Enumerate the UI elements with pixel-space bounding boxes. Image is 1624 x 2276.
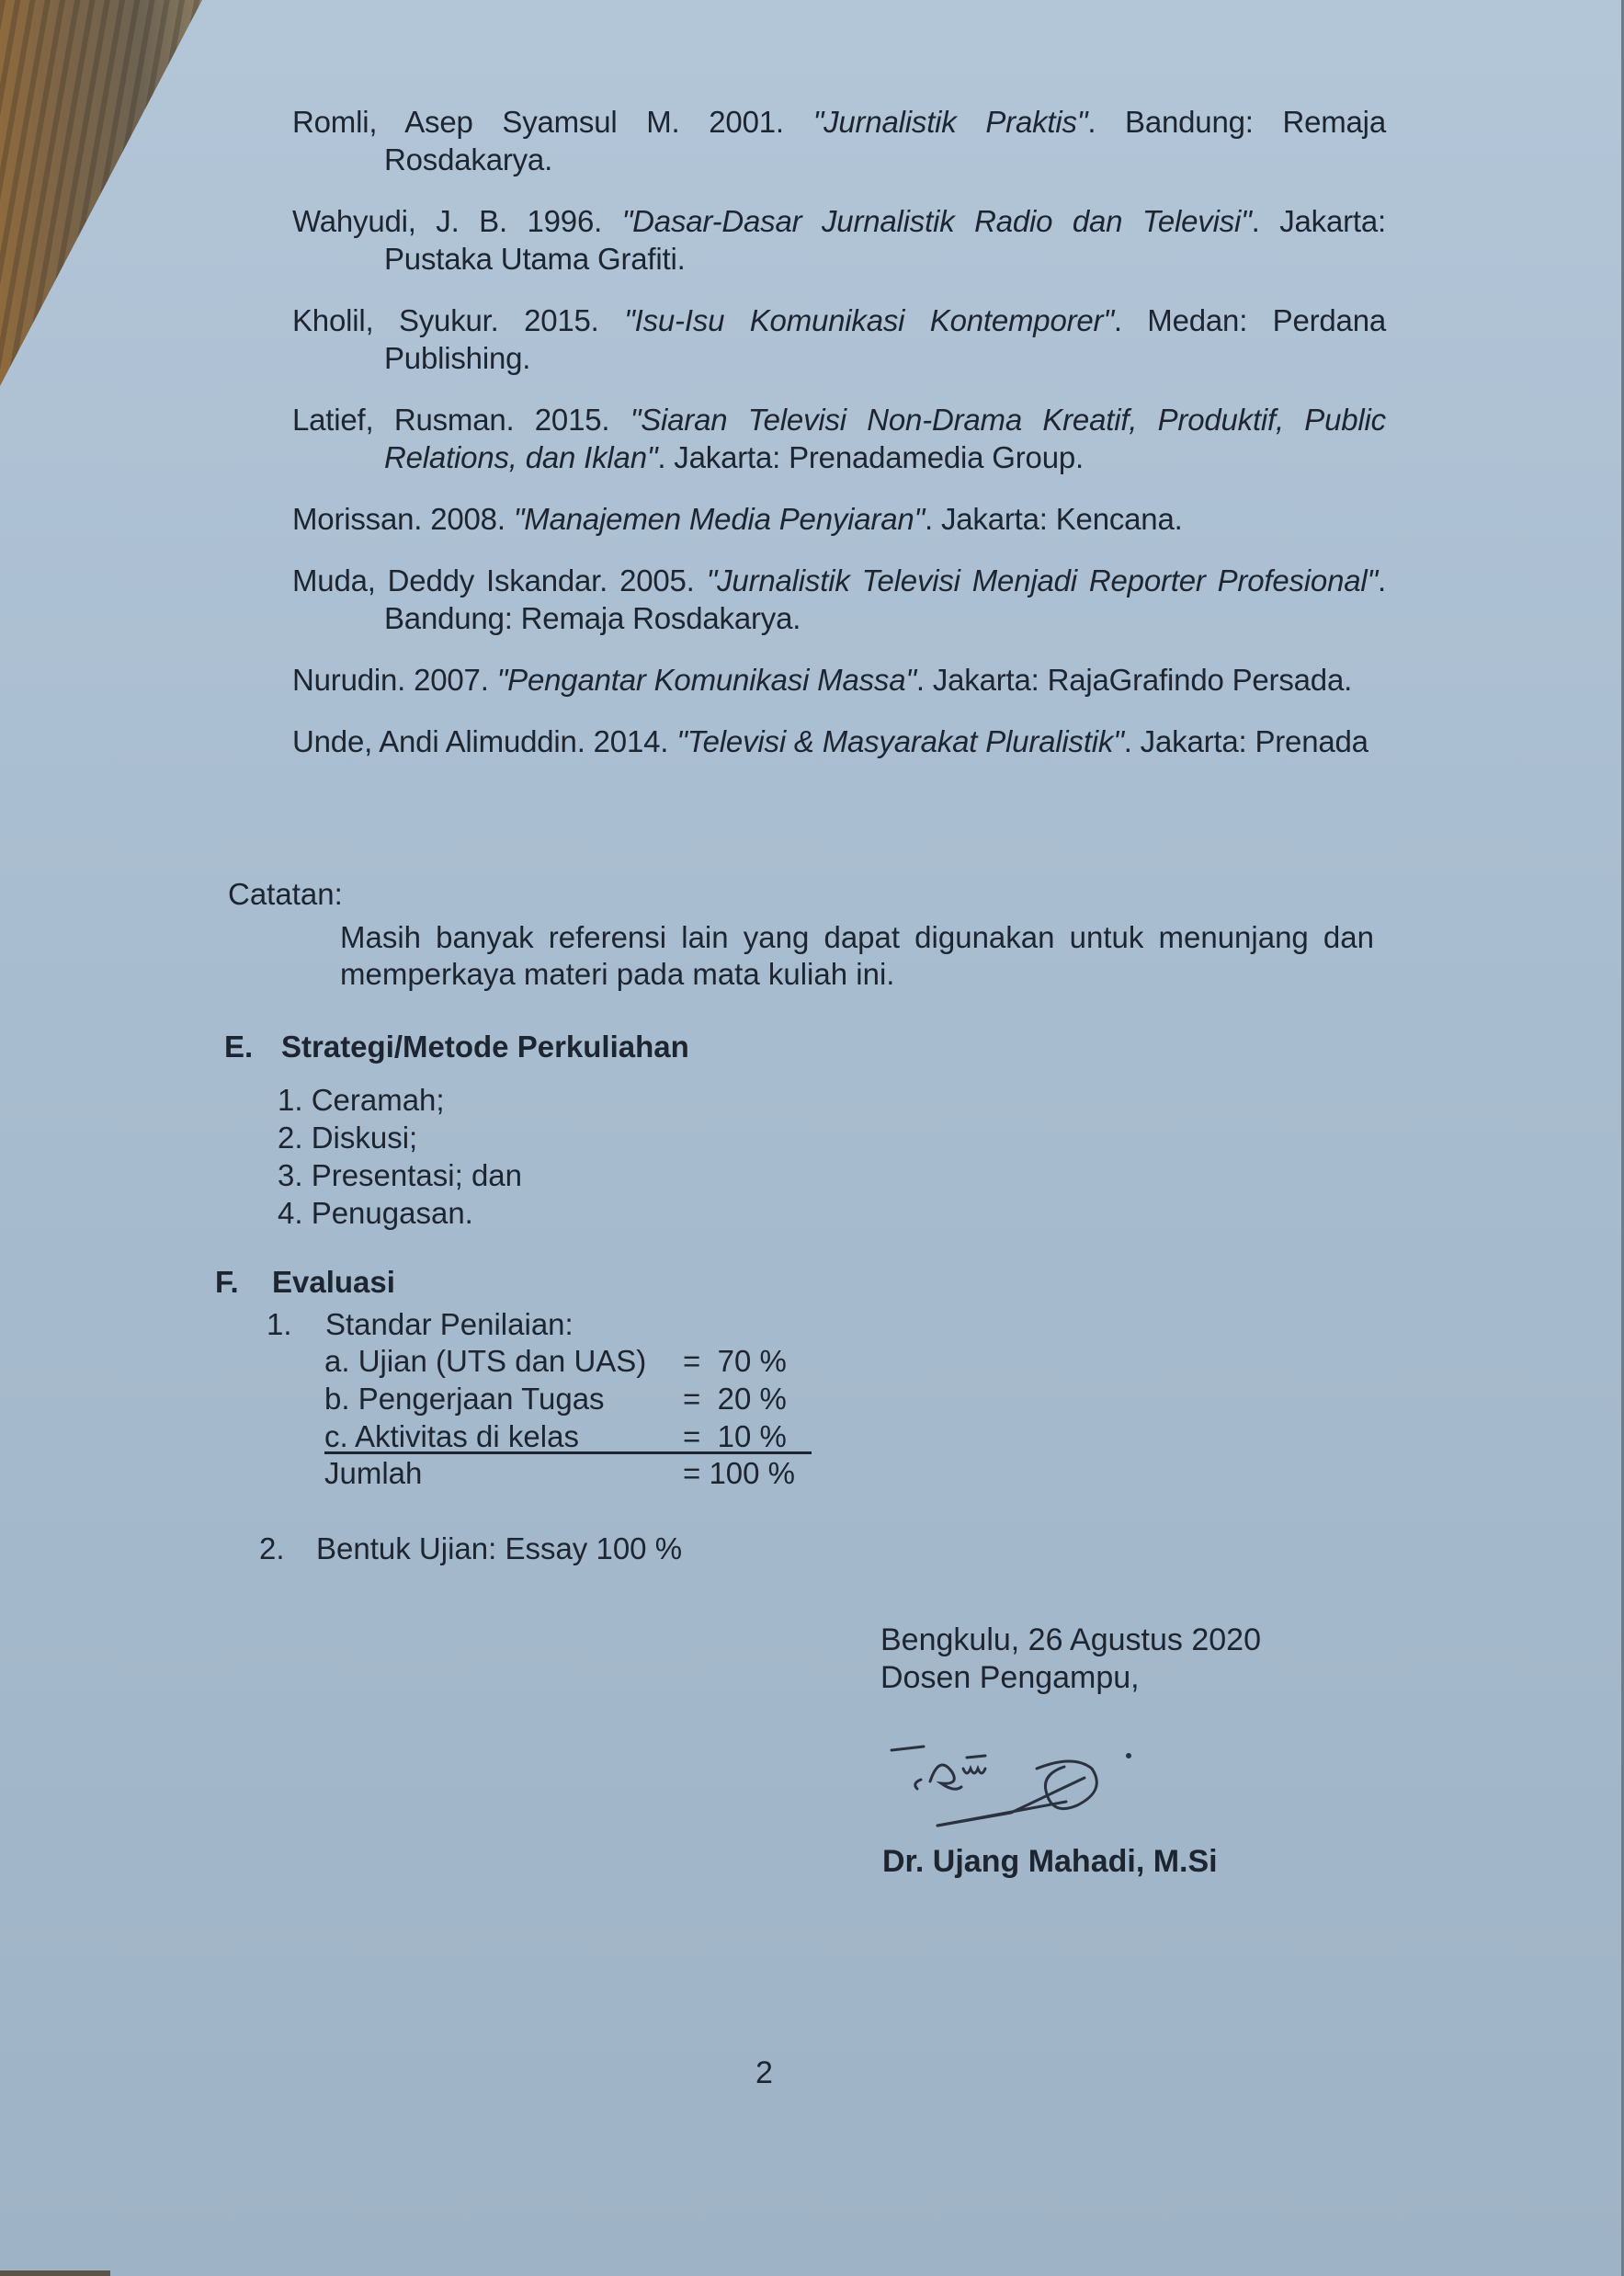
grading-row: b. Pengerjaan Tugas= 20 % bbox=[324, 1380, 812, 1417]
grading-row: c. Aktivitas di kelas= 10 % bbox=[324, 1417, 812, 1454]
list-item: 3. Presentasi; dan bbox=[278, 1156, 522, 1194]
grading-table: a. Ujian (UTS dan UAS)= 70 % b. Pengerja… bbox=[324, 1342, 812, 1492]
reference-item: Latief, Rusman. 2015. "Siaran Televisi N… bbox=[292, 401, 1386, 476]
note-label: Catatan: bbox=[228, 877, 343, 912]
section-f-heading: F.Evaluasi bbox=[215, 1265, 395, 1300]
signature-block: Bengkulu, 26 Agustus 2020 Dosen Pengampu… bbox=[880, 1622, 1261, 1697]
page-number: 2 bbox=[755, 2055, 773, 2091]
signer-name: Dr. Ujang Mahadi, M.Si bbox=[882, 1844, 1218, 1880]
place-date: Bengkulu, 26 Agustus 2020 bbox=[880, 1622, 1261, 1659]
list-item: 2. Diskusi; bbox=[278, 1119, 522, 1156]
section-title: Evaluasi bbox=[272, 1265, 395, 1299]
handwritten-signature bbox=[882, 1717, 1186, 1846]
reference-item: Unde, Andi Alimuddin. 2014. "Televisi & … bbox=[292, 723, 1386, 760]
signer-role: Dosen Pengampu, bbox=[880, 1659, 1261, 1697]
reference-list: Romli, Asep Syamsul M. 2001. "Jurnalisti… bbox=[292, 103, 1386, 784]
reference-item: Muda, Deddy Iskandar. 2005. "Jurnalistik… bbox=[292, 562, 1386, 637]
section-letter: F. bbox=[215, 1265, 272, 1300]
section-e-heading: E.Strategi/Metode Perkuliahan bbox=[224, 1030, 689, 1064]
reference-item: Kholil, Syukur. 2015. "Isu-Isu Komunikas… bbox=[292, 302, 1386, 377]
desk-background bbox=[0, 0, 202, 386]
reference-item: Wahyudi, J. B. 1996. "Dasar-Dasar Jurnal… bbox=[292, 202, 1386, 278]
list-item: 1. Ceramah; bbox=[278, 1081, 522, 1119]
desk-edge bbox=[0, 2270, 110, 2276]
grading-total-row: Jumlah= 100 % bbox=[324, 1454, 812, 1492]
reference-item: Nurudin. 2007. "Pengantar Komunikasi Mas… bbox=[292, 661, 1386, 699]
reference-item: Romli, Asep Syamsul M. 2001. "Jurnalisti… bbox=[292, 103, 1386, 178]
grading-row: a. Ujian (UTS dan UAS)= 70 % bbox=[324, 1342, 812, 1380]
note-text: Masih banyak referensi lain yang dapat d… bbox=[340, 919, 1374, 993]
exam-form: 2.Bentuk Ujian: Essay 100 % bbox=[259, 1531, 682, 1566]
grading-standard-heading: 1.Standar Penilaian: bbox=[267, 1307, 574, 1342]
reference-item: Morissan. 2008. "Manajemen Media Penyiar… bbox=[292, 500, 1386, 538]
method-list: 1. Ceramah; 2. Diskusi; 3. Presentasi; d… bbox=[278, 1081, 522, 1232]
list-item: 4. Penugasan. bbox=[278, 1194, 522, 1232]
section-letter: E. bbox=[224, 1030, 281, 1064]
section-title: Strategi/Metode Perkuliahan bbox=[281, 1030, 689, 1064]
